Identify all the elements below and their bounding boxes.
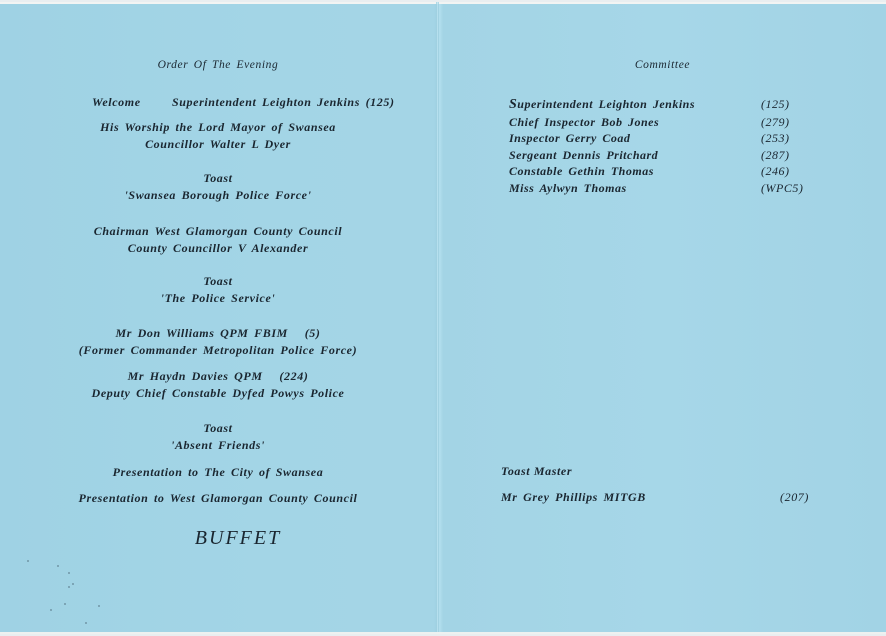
paper-speck: [50, 609, 52, 611]
programme-sheet: Order Of The Evening WelcomeSuperintende…: [0, 2, 886, 634]
item-line-2: (Former Commander Metropolitan Police Fo…: [0, 342, 436, 359]
committee-member: Sergeant Dennis Pritchard (287): [509, 147, 809, 164]
welcome-label: Welcome: [92, 95, 172, 110]
toast-subject: 'Swansea Borough Police Force': [0, 187, 436, 204]
committee-member: Miss Aylwyn Thomas (WPC5): [509, 180, 809, 197]
member-number: (253): [761, 130, 809, 147]
member-name: Inspector Gerry Coad: [509, 130, 630, 147]
member-name: Miss Aylwyn Thomas: [509, 180, 627, 197]
item-line-1: Chairman West Glamorgan County Council: [0, 223, 436, 240]
member-name: Chief Inspector Bob Jones: [509, 114, 659, 131]
item-line-1: His Worship the Lord Mayor of Swansea: [0, 119, 436, 136]
paper-speck: [57, 565, 59, 567]
buffet-heading: BUFFET: [20, 530, 456, 547]
committee-member: Inspector Gerry Coad (253): [509, 130, 809, 147]
committee-title: Committee: [439, 59, 886, 71]
toast-item: Toast 'Absent Friends': [0, 420, 436, 454]
committee-member: Superintendent Leighton Jenkins (125): [509, 96, 809, 114]
item-line-2: County Councillor V Alexander: [0, 240, 436, 257]
toast-master-name: Mr Grey Phillips MITGB: [501, 490, 646, 505]
member-name: Superintendent Leighton Jenkins: [509, 96, 695, 114]
toast-subject: 'The Police Service': [0, 290, 436, 307]
presentation-item: Presentation to The City of Swansea: [0, 464, 436, 481]
programme-item: Chairman West Glamorgan County Council C…: [0, 223, 436, 257]
presentation-item: Presentation to West Glamorgan County Co…: [0, 490, 436, 507]
toast-label: Toast: [0, 420, 436, 437]
toast-master-row: Mr Grey Phillips MITGB (207): [501, 490, 809, 505]
member-number: (125): [761, 96, 809, 114]
toast-master-number: (207): [780, 490, 809, 505]
paper-bottom-edge: [0, 632, 886, 634]
order-of-evening-title: Order Of The Evening: [0, 57, 436, 74]
paper-speck: [27, 560, 29, 562]
item-line-1: Mr Don Williams QPM FBIM (5): [0, 325, 436, 342]
committee-member: Chief Inspector Bob Jones (279): [509, 114, 809, 131]
member-number: (246): [761, 163, 809, 180]
member-number: (287): [761, 147, 809, 164]
paper-speck: [68, 586, 70, 588]
toast-label: Toast: [0, 170, 436, 187]
toast-item: Toast 'Swansea Borough Police Force': [0, 170, 436, 204]
committee-member: Constable Gethin Thomas (246): [509, 163, 809, 180]
member-name: Constable Gethin Thomas: [509, 163, 654, 180]
member-number: (WPC5): [761, 180, 809, 197]
paper-speck: [85, 622, 87, 624]
item-line-1: Mr Haydn Davies QPM (224): [0, 368, 436, 385]
welcome-speaker: Superintendent Leighton Jenkins (125): [172, 95, 395, 109]
toast-subject: 'Absent Friends': [0, 437, 436, 454]
programme-item: His Worship the Lord Mayor of Swansea Co…: [0, 119, 436, 153]
toast-label: Toast: [0, 273, 436, 290]
item-line-2: Deputy Chief Constable Dyfed Powys Polic…: [0, 385, 436, 402]
paper-speck: [72, 583, 74, 585]
committee-list: Superintendent Leighton Jenkins (125) Ch…: [509, 96, 809, 196]
committee-page: Committee Superintendent Leighton Jenkin…: [439, 2, 886, 634]
paper-speck: [98, 605, 100, 607]
programme-item: Mr Don Williams QPM FBIM (5) (Former Com…: [0, 325, 436, 359]
paper-speck: [68, 572, 70, 574]
paper-speck: [64, 603, 66, 605]
programme-item: Mr Haydn Davies QPM (224) Deputy Chief C…: [0, 368, 436, 402]
member-name: Sergeant Dennis Pritchard: [509, 147, 658, 164]
item-line-2: Councillor Walter L Dyer: [0, 136, 436, 153]
member-number: (279): [761, 114, 809, 131]
welcome-row: WelcomeSuperintendent Leighton Jenkins (…: [92, 95, 395, 110]
order-of-evening-page: Order Of The Evening WelcomeSuperintende…: [0, 2, 436, 634]
toast-item: Toast 'The Police Service': [0, 273, 436, 307]
toast-master-label: Toast Master: [501, 464, 572, 479]
